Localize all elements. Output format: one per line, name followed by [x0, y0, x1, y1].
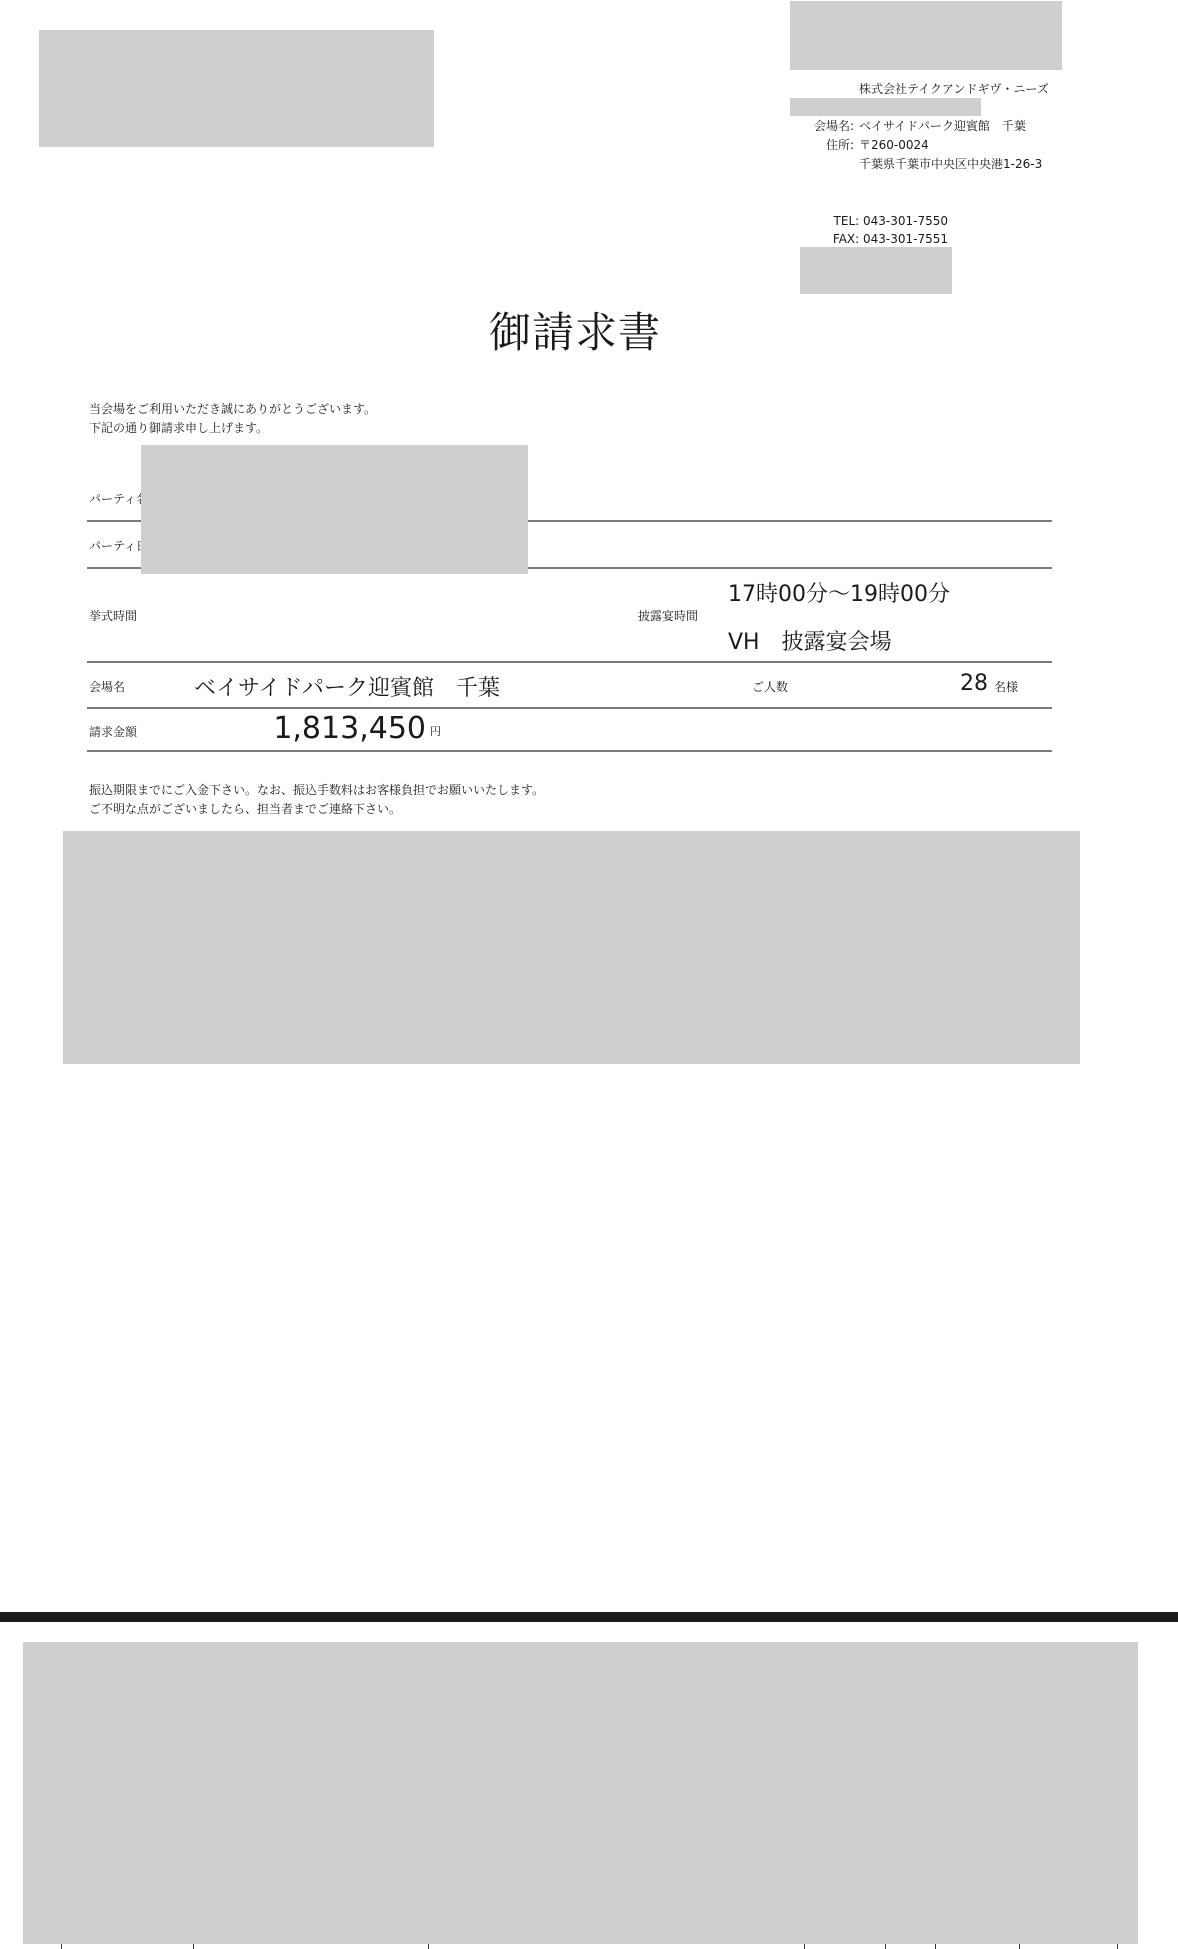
reception-time-label: 披露宴時間 [638, 607, 698, 624]
table-column-divider [804, 1944, 805, 1949]
party-date-label: パーティ日 [89, 537, 148, 554]
venue-row-value: ベイサイドパーク迎賓館 千葉 [194, 671, 500, 702]
venue-label: 会場名: [800, 119, 854, 135]
page-title: 御請求書 [0, 300, 1150, 360]
divider [87, 750, 1052, 752]
table-column-divider [1117, 1944, 1118, 1949]
amount-label: 請求金額 [89, 723, 137, 740]
divider [87, 661, 1052, 663]
divider [87, 707, 1052, 709]
table-column-divider [935, 1944, 936, 1949]
note-line-1: 振込期限までにご入金下さい。なお、振込手数料はお客様負担でお願いいたします。 [89, 783, 544, 799]
company-name: 株式会社テイクアンドギヴ・ニーズ [859, 82, 1049, 98]
venue-value: ベイサイドパーク迎賓館 千葉 [859, 119, 1026, 135]
redacted-bank-details [63, 831, 1080, 1064]
redacted-header-block [790, 1, 1062, 70]
page-separator [0, 1612, 1178, 1622]
amount-unit: 円 [430, 723, 441, 739]
redacted-company-detail [790, 98, 981, 116]
amount-value: 1,813,450 [240, 711, 426, 746]
ceremony-time-label: 挙式時間 [89, 607, 137, 624]
guests-value: 28 [900, 671, 988, 696]
note-line-2: ご不明な点がございましたら、担当者までご連絡下さい。 [89, 802, 401, 818]
guests-label: ご人数 [752, 678, 788, 695]
reception-hall-value: VH 披露宴会場 [728, 625, 892, 656]
table-column-divider [428, 1944, 429, 1949]
guests-unit: 名様 [994, 678, 1018, 695]
address-label: 住所: [800, 138, 854, 154]
table-column-divider [885, 1944, 886, 1949]
greeting-line-2: 下記の通り御請求申し上げます。 [89, 421, 268, 437]
reception-time-value: 17時00分～19時00分 [728, 577, 950, 608]
postal-code: 〒260-0024 [859, 138, 929, 154]
table-column-divider [193, 1944, 194, 1949]
greeting-line-1: 当会場をご利用いただき誠にありがとうございます。 [89, 402, 376, 418]
redacted-next-page [23, 1642, 1138, 1944]
tel: TEL: 043-301-7550 [780, 214, 948, 230]
fax: FAX: 043-301-7551 [780, 232, 948, 248]
venue-row-label: 会場名 [89, 678, 125, 695]
redacted-logo [39, 30, 434, 147]
redacted-stamp [800, 247, 952, 294]
address: 千葉県千葉市中央区中央港1-26-3 [859, 157, 1042, 173]
redacted-party-info [141, 445, 528, 574]
table-column-divider [1019, 1944, 1020, 1949]
party-name-label: パーティ名 [89, 490, 148, 507]
table-column-divider [61, 1944, 62, 1949]
